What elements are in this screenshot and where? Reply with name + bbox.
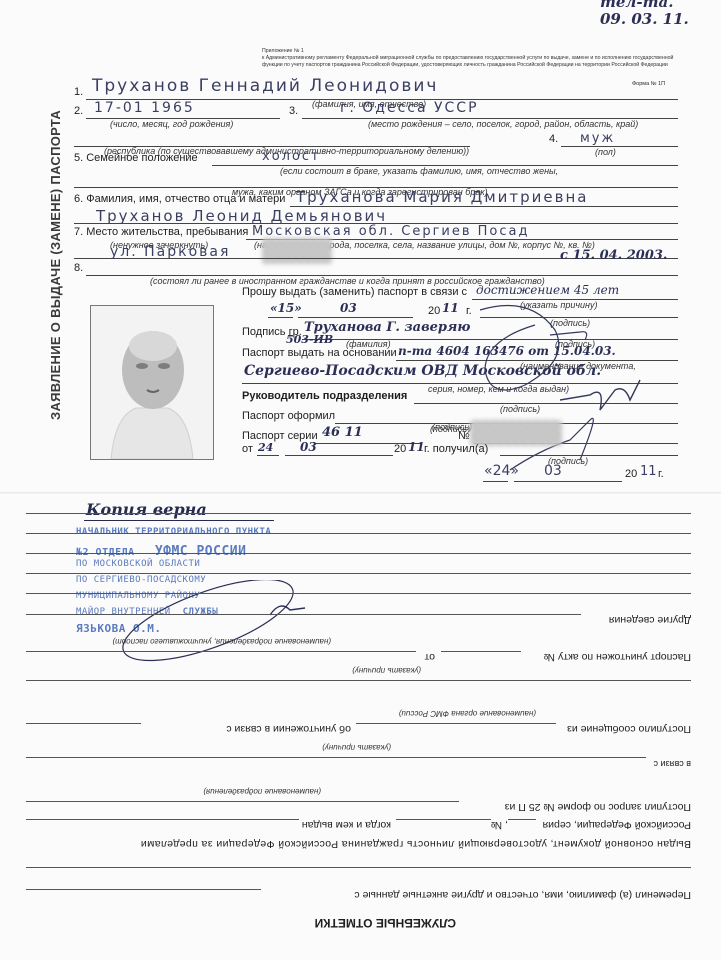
marital-status-value[interactable]: холост	[262, 149, 321, 164]
passport-from-label: от	[242, 443, 253, 455]
request-reason-value[interactable]: достижением 45 лет	[476, 283, 619, 297]
request-month-line	[298, 317, 413, 318]
vertical-title: ЗАЯВЛЕНИЕ О ВЫДАЧЕ (ЗАМЕНЕ) ПАСПОРТА	[48, 110, 63, 420]
appendix-label: Приложение № 1	[262, 48, 304, 55]
birth-place-hint: (место рождения – село, поселок, город, …	[368, 119, 638, 129]
rf-series-label: Российской Федерации, серия	[543, 819, 692, 831]
main-doc-label: Выдан основной документ, удостоверяющий …	[140, 838, 691, 850]
when-by-label: когда и кем выдан	[302, 819, 391, 831]
rf-number-label: , №	[491, 819, 508, 831]
in-connection-label: в связи с	[654, 759, 692, 769]
rf-series-line	[508, 819, 536, 820]
field-4-number: 4.	[549, 133, 558, 145]
birth-date-value[interactable]: 17-01 1965	[94, 100, 195, 116]
destroyed-act-line	[441, 651, 521, 652]
recv-month-line	[514, 481, 622, 482]
service-marks-title: СЛУЖЕБНЫЕ ОТМЕТКИ	[315, 916, 456, 930]
portrait-icon	[91, 306, 213, 459]
sex-hint: (пол)	[595, 147, 616, 157]
other-info-label: Другие сведения	[609, 614, 691, 626]
destroyed-act-label: Паспорт уничтожен по акту №	[544, 651, 691, 663]
service-marks-section: СЛУЖЕБНЫЕ ОТМЕТКИ Переменил (а) фамилию,…	[0, 494, 721, 960]
destroyed-from-label: от	[425, 651, 435, 663]
request-day-line	[268, 317, 293, 318]
parents-label: 6. Фамилия, имя, отчество отца и матери	[74, 193, 285, 205]
passport-received-label: г. получил(а)	[424, 443, 488, 455]
message-from-line	[356, 723, 556, 724]
regulation-text: к Административному регламенту Федеральн…	[262, 55, 682, 68]
certify-code: 503-ИВ	[286, 333, 333, 346]
passport-year-prefix: 20	[394, 443, 406, 455]
destroyed-from-line	[26, 651, 416, 652]
about-destroy-label: об уничтожении в связи с	[226, 723, 351, 735]
field-3-number: 3.	[289, 105, 298, 117]
recv-day-line	[483, 481, 508, 482]
other-info-line-5	[26, 533, 691, 534]
recv-month-value[interactable]: 03	[544, 463, 562, 479]
passport-month-line	[285, 455, 393, 456]
form-number: Форма № 1П	[632, 81, 665, 87]
changed-data-line-2	[26, 867, 691, 868]
request-month-value[interactable]: 03	[340, 301, 357, 315]
other-info-line-2	[26, 593, 691, 594]
passport-year-value[interactable]: 11	[408, 440, 425, 454]
reason-line-2	[26, 680, 691, 681]
full-name-value[interactable]: Труханов Геннадий Леонидович	[92, 76, 438, 96]
other-info-line	[26, 614, 581, 615]
field-2-number: 2.	[74, 105, 83, 117]
head-label: Руководитель подразделения	[242, 390, 407, 402]
corner-note-date: 09. 03. 11.	[600, 11, 689, 28]
about-destroy-line	[26, 723, 141, 724]
passport-day-value[interactable]: 24	[258, 441, 273, 454]
redacted-address	[262, 238, 332, 264]
birth-date-hint: (число, месяц, год рождения)	[110, 119, 233, 129]
destroy-unit-hint: (наименование подразделения, уничтоживше…	[112, 637, 331, 646]
birth-place-value[interactable]: г. Одесса УССР	[340, 100, 479, 116]
residence-since-value[interactable]: с 15. 04. 2003.	[560, 248, 667, 263]
mother-name-value[interactable]: Труханова Мария Дмитриевна	[296, 188, 588, 206]
request-25p-line	[26, 801, 459, 802]
message-from-label: Поступило сообщение из	[567, 723, 691, 735]
issued-by-label: Паспорт оформил	[242, 410, 335, 422]
marital-status-hint: (если состоит в браке, указать фамилию, …	[280, 166, 558, 176]
in-connection-line	[26, 757, 646, 758]
passport-day-line	[257, 455, 279, 456]
father-name-value[interactable]: Труханов Леонид Демьянович	[96, 207, 387, 225]
request-label: Прошу выдать (заменить) паспорт в связи …	[242, 286, 467, 298]
field-1-number: 1.	[74, 86, 83, 98]
passport-series-value[interactable]: 46 11	[322, 425, 363, 440]
marital-status-label: 5. Семейное положение	[74, 152, 198, 164]
other-info-line-6	[26, 513, 691, 514]
when-by-line	[26, 819, 299, 820]
other-info-line-4	[26, 553, 691, 554]
other-info-line-3	[26, 573, 691, 574]
request-day-value[interactable]: «15»	[270, 301, 302, 315]
request-25p-label: Поступил запрос по форме № 25 П из	[505, 801, 691, 813]
rf-number-line	[396, 819, 491, 820]
recv-year-value[interactable]: 11	[640, 464, 657, 479]
street-value[interactable]: ул. Парковая	[110, 244, 230, 260]
recv-year-prefix: 20	[625, 468, 637, 480]
reason-hint-2: (указать причину)	[352, 666, 421, 675]
recv-year-suffix: г.	[658, 468, 664, 480]
passport-number-label: №	[458, 430, 470, 442]
residence-value[interactable]: Московская обл. Сергиев Посад	[252, 224, 529, 239]
recv-day-value[interactable]: «24»	[484, 463, 519, 479]
passport-received-line	[500, 455, 678, 456]
sex-value[interactable]: муж	[580, 131, 615, 146]
basis-label: Паспорт выдать на основании	[242, 347, 397, 359]
passport-month-value[interactable]: 03	[300, 440, 317, 454]
fms-hint: (наименование органа ФМС России)	[399, 709, 536, 718]
corner-note: тел-та. 09. 03. 11.	[600, 0, 689, 28]
field-8-number: 8.	[74, 262, 83, 274]
request-year-prefix: 20	[428, 305, 440, 317]
unit-hint: (наименование подразделения)	[203, 787, 321, 796]
applicant-photo	[90, 305, 214, 460]
reason-hint: (указать причину)	[322, 743, 391, 752]
field-4-line	[561, 146, 678, 147]
changed-data-label: Переменил (а) фамилию, имя, отчество и д…	[354, 889, 691, 901]
changed-data-line	[26, 889, 261, 890]
residence-label: 7. Место жительства, пребывания	[74, 226, 248, 238]
